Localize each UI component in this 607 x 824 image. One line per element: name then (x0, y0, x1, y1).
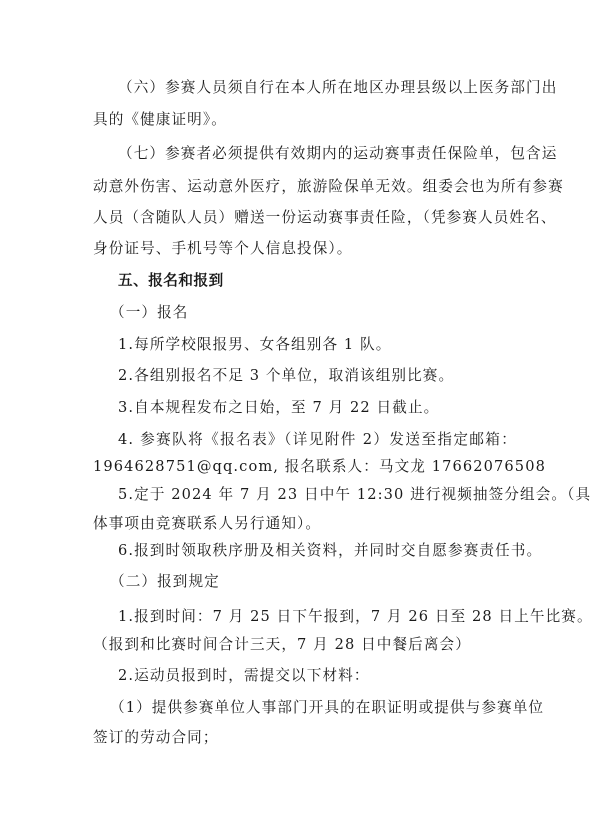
paragraph-line: 动意外伤害、运动意外医疗，旅游险保单无效。组委会也为所有参赛 (93, 178, 517, 196)
paragraph-line: 3.自本规程发布之日始，至 7 月 22 日截止。 (118, 399, 517, 417)
paragraph-line: （报到和比赛时间合计三天，7 月 28 日中餐后离会） (93, 636, 517, 654)
paragraph-line: （七）参赛者必须提供有效期内的运动赛事责任保险单，包含运 (118, 145, 517, 163)
paragraph-line: 2.各组别报名不足 3 个单位，取消该组别比赛。 (118, 367, 517, 385)
paragraph-line: 身份证号、手机号等个人信息投保）。 (93, 240, 517, 258)
paragraph-line: （1）提供参赛单位人事部门开具的在职证明或提供与参赛单位 (110, 699, 517, 717)
paragraph-line: 5.定于 2024 年 7 月 23 日中午 12:30 进行视频抽签分组会。（… (118, 486, 517, 504)
paragraph-line: 1.报到时间：7 月 25 日下午报到，7 月 26 日至 28 日上午比赛。 (118, 608, 517, 626)
paragraph-line: 1964628751@qq.com, 报名联系人：马文龙 17662076508 (93, 458, 517, 476)
paragraph-line: 体事项由竞赛联系人另行通知）。 (93, 515, 517, 533)
paragraph-line: （二）报到规定 (110, 573, 517, 591)
paragraph-line: 6.报到时领取秩序册及相关资料，并同时交自愿参赛责任书。 (118, 542, 517, 560)
paragraph-line: 具的《健康证明》。 (93, 111, 517, 129)
paragraph-line: 2.运动员报到时，需提交以下材料： (118, 667, 517, 685)
paragraph-line: 人员（含随队人员）赠送一份运动赛事责任险，（凭参赛人员姓名、 (93, 209, 517, 227)
paragraph-line: （六）参赛人员须自行在本人所在地区办理县级以上医务部门出 (118, 79, 517, 97)
section-heading: 五、报名和报到 (118, 272, 542, 290)
paragraph-line: 签订的劳动合同； (93, 729, 517, 747)
paragraph-line: 4. 参赛队将《报名表》（详见附件 2）发送至指定邮箱： (118, 431, 517, 449)
document-page: （六）参赛人员须自行在本人所在地区办理县级以上医务部门出具的《健康证明》。（七）… (0, 0, 607, 824)
paragraph-line: 1.每所学校限报男、女各组别各 1 队。 (118, 336, 517, 354)
paragraph-line: （一）报名 (110, 304, 517, 322)
